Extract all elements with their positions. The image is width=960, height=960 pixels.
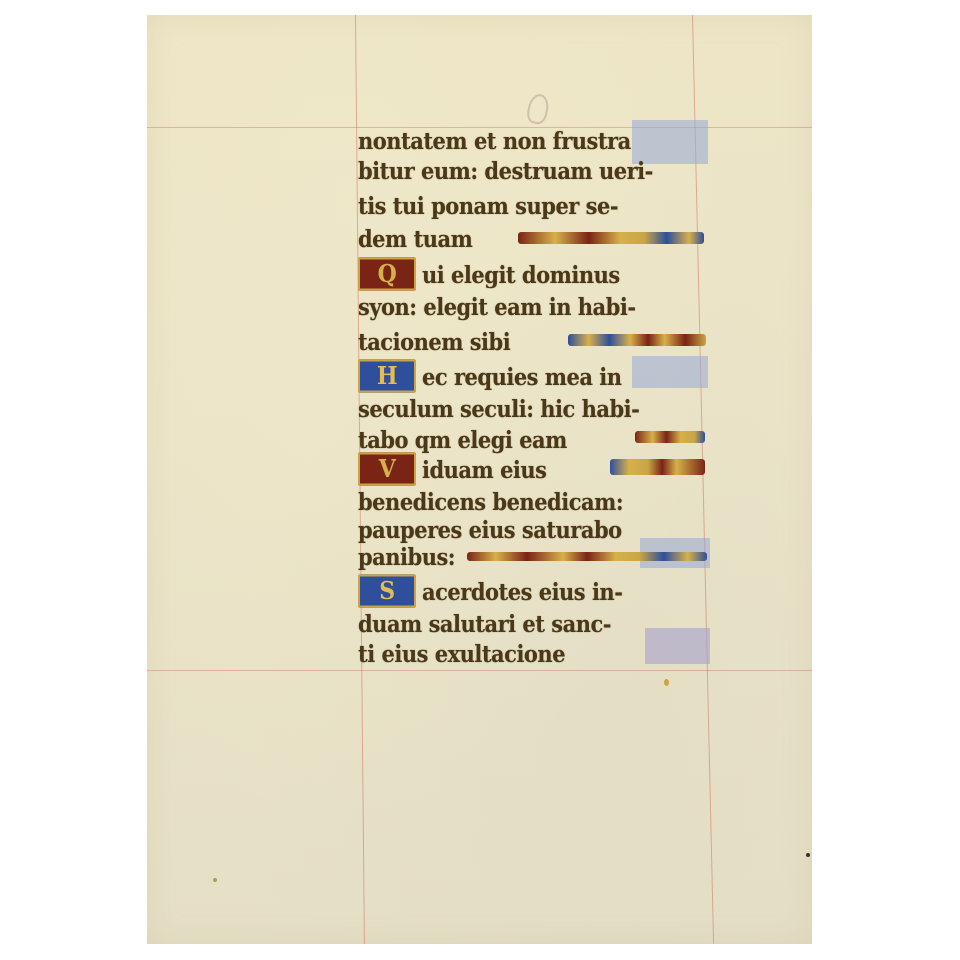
illuminated-initial-v: V — [358, 452, 416, 486]
text-line-11: V iduam eius — [358, 453, 547, 484]
text-line-8: H ec requies mea in — [358, 360, 622, 391]
text-line-14: panibus: — [358, 540, 455, 571]
illuminated-initial-h: H — [358, 359, 416, 393]
text-line-17: ti eius exultacione — [358, 637, 565, 668]
line-filler — [610, 459, 705, 475]
line-filler — [467, 552, 707, 561]
text-line-7: tacionem sibi — [358, 325, 510, 356]
text-line-6: syon: elegit eam in habi- — [358, 290, 636, 321]
text-line-9: seculum seculi: hic habi- — [358, 392, 639, 423]
blue-wash — [632, 356, 708, 388]
blue-wash — [645, 628, 710, 664]
text-line-15: S acerdotes eius in- — [358, 575, 622, 606]
text-line-1: nontatem et non frustra — [358, 124, 631, 155]
text-line-10: tabo qm elegi eam — [358, 423, 567, 454]
text-line-16: duam salutari et sanc- — [358, 607, 611, 638]
gold-speck — [664, 679, 669, 686]
text-line-12: benedicens benedicam: — [358, 485, 623, 516]
line-filler — [518, 232, 704, 244]
line-filler — [635, 431, 705, 443]
line-filler — [568, 334, 706, 346]
text-line-5: Q ui elegit dominus — [358, 258, 620, 289]
text-line-2: bitur eum: destruam ueri- — [358, 154, 653, 185]
illuminated-initial-q: Q — [358, 257, 416, 291]
green-speck — [213, 878, 217, 882]
ruling-bottom — [147, 670, 812, 671]
illuminated-initial-s: S — [358, 574, 416, 608]
text-line-3: tis tui ponam super se- — [358, 189, 618, 220]
text-line-4: dem tuam — [358, 222, 472, 253]
ink-speck — [806, 853, 810, 857]
